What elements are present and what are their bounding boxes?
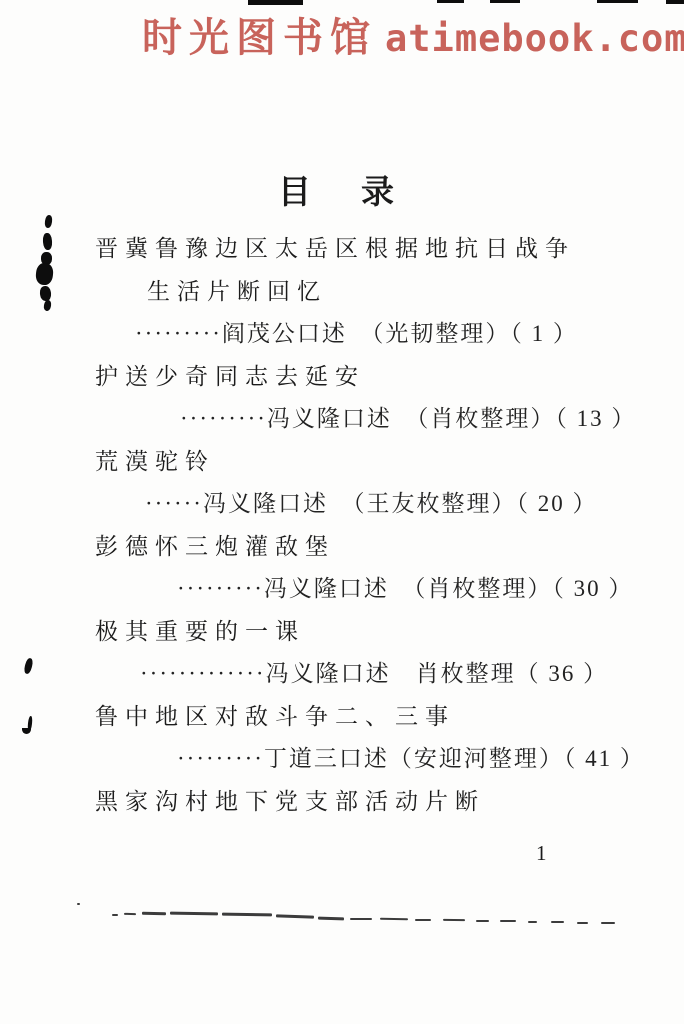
scan-artifact-bottom-line bbox=[222, 913, 272, 917]
toc-line-title: 极其重要的一课 bbox=[95, 611, 655, 654]
scan-artifact-top-edge bbox=[248, 0, 303, 5]
toc-line-attribution: ·········冯义隆口述 （肖枚整理）（ 13 ） bbox=[95, 398, 655, 441]
ink-smudge bbox=[43, 299, 52, 311]
scan-artifact-bottom-line bbox=[112, 914, 118, 916]
scan-artifact-top-edge bbox=[437, 0, 464, 3]
scanned-book-page: 时光图书馆atimebook.com 目 录 晋冀鲁豫边区太岳区根据地抗日战争生… bbox=[0, 0, 684, 1024]
page-title: 目 录 bbox=[0, 166, 678, 213]
watermark: 时光图书馆atimebook.com bbox=[142, 6, 684, 63]
page-title-char-right: 录 bbox=[361, 166, 394, 213]
toc-list: 晋冀鲁豫边区太岳区根据地抗日战争生活片断回忆·········阎茂公口述 （光韧… bbox=[95, 228, 655, 823]
watermark-site-url: atimebook.com bbox=[385, 17, 684, 60]
page-number: 1 bbox=[536, 841, 547, 866]
toc-line-attribution: ·········丁道三口述（安迎河整理）（ 41 ） bbox=[95, 738, 655, 781]
toc-line-title: 鲁中地区对敌斗争二、三事 bbox=[95, 696, 655, 739]
ink-smudge bbox=[35, 262, 54, 286]
ink-mark bbox=[22, 728, 31, 734]
scan-artifact-bottom-line bbox=[77, 903, 80, 905]
scan-artifact-bottom-line bbox=[415, 919, 431, 921]
toc-line-attribution: ······冯义隆口述 （王友枚整理）（ 20 ） bbox=[95, 483, 655, 526]
scan-artifact-bottom-line bbox=[476, 920, 489, 922]
toc-line-title: 生活片断回忆 bbox=[95, 271, 655, 314]
scan-artifact-bottom-line bbox=[577, 922, 588, 924]
scan-artifact-bottom-line bbox=[142, 912, 166, 915]
ink-mark bbox=[23, 657, 34, 674]
scan-artifact-bottom-line bbox=[318, 917, 344, 921]
scan-artifact-top-edge bbox=[666, 0, 684, 4]
scan-artifact-bottom-line bbox=[528, 921, 537, 923]
page-title-char-left: 目 bbox=[278, 166, 311, 213]
toc-line-title: 晋冀鲁豫边区太岳区根据地抗日战争 bbox=[95, 228, 655, 271]
ink-smudge bbox=[44, 215, 53, 229]
scan-artifact-bottom-line bbox=[601, 922, 615, 924]
ink-smudge bbox=[39, 285, 52, 301]
scan-artifact-bottom-line bbox=[551, 921, 564, 923]
scan-artifact-bottom-line bbox=[276, 914, 314, 918]
scan-artifact-bottom-line bbox=[500, 920, 516, 922]
toc-line-attribution: ·········阎茂公口述 （光韧整理）（ 1 ） bbox=[95, 313, 655, 356]
toc-line-attribution: ·············冯义隆口述 肖枚整理（ 36 ） bbox=[95, 653, 655, 696]
toc-line-attribution: ·········冯义隆口述 （肖枚整理）（ 30 ） bbox=[95, 568, 655, 611]
scan-artifact-bottom-line bbox=[380, 918, 408, 920]
scan-artifact-bottom-line bbox=[124, 913, 136, 915]
ink-smudge bbox=[42, 233, 52, 251]
scan-artifact-top-edge bbox=[597, 0, 638, 3]
scan-artifact-bottom-line bbox=[170, 912, 218, 916]
scan-artifact-top-edge bbox=[490, 0, 520, 3]
scan-artifact-bottom-line bbox=[350, 918, 372, 920]
toc-line-title: 荒漠驼铃 bbox=[95, 441, 655, 484]
scan-artifact-bottom-line bbox=[443, 919, 465, 921]
watermark-site-name: 时光图书馆 bbox=[142, 16, 377, 60]
toc-line-title: 黑家沟村地下党支部活动片断 bbox=[95, 781, 655, 824]
toc-line-title: 彭德怀三炮灌敌堡 bbox=[95, 526, 655, 569]
toc-line-title: 护送少奇同志去延安 bbox=[95, 356, 655, 399]
